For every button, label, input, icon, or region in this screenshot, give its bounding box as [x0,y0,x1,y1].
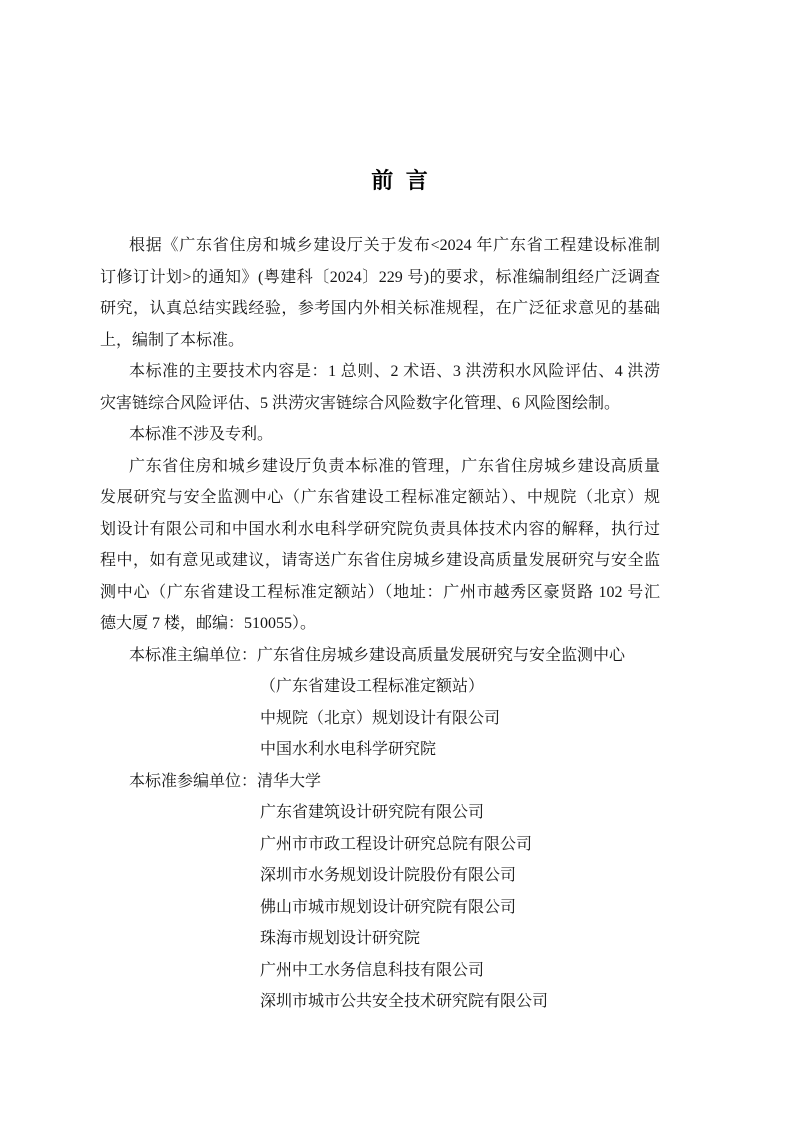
paragraph-line: 发展研究与安全监测中心（广东省建设工程标准定额站）、中规院（北京）规 [100,482,660,514]
paragraph-line: 灾害链综合风险评估、5 洪涝灾害链综合风险数字化管理、6 风险图绘制。 [100,388,660,420]
paragraph-line: 程中，如有意见或建议，请寄送广东省住房城乡建设高质量发展研究与安全监 [100,545,660,577]
document-page: 前 言 根据《广东省住房和城乡建设厅关于发布<2024 年广东省工程建设标准制 … [0,0,800,1132]
participating-unit-line: 广州中工水务信息科技有限公司 [100,955,660,987]
paragraph-line: 德大厦 7 楼，邮编：510055）。 [100,608,660,640]
foreword-body: 根据《广东省住房和城乡建设厅关于发布<2024 年广东省工程建设标准制 订修订计… [100,230,660,1018]
chief-editor-unit-line: 中规院（北京）规划设计有限公司 [100,703,660,735]
participating-unit-line: 珠海市规划设计研究院 [100,923,660,955]
participating-unit-line: 深圳市水务规划设计院股份有限公司 [100,860,660,892]
paragraph-line: 研究，认真总结实践经验，参考国内外相关标准规程，在广泛征求意见的基础 [100,293,660,325]
participating-unit-line: 广州市市政工程设计研究总院有限公司 [100,829,660,861]
paragraph-line: 根据《广东省住房和城乡建设厅关于发布<2024 年广东省工程建设标准制 [100,230,660,262]
paragraph-line: 划设计有限公司和中国水利水电科学研究院负责具体技术内容的解释，执行过 [100,514,660,546]
chief-editor-unit-line: （广东省建设工程标准定额站） [100,671,660,703]
paragraph-line: 广东省住房和城乡建设厅负责本标准的管理，广东省住房城乡建设高质量 [100,451,660,483]
paragraph-line: 本标准的主要技术内容是：1 总则、2 术语、3 洪涝积水风险评估、4 洪涝 [100,356,660,388]
paragraph-line: 订修订计划>的通知》(粤建科〔2024〕229 号)的要求，标准编制组经广泛调查 [100,262,660,294]
paragraph-line: 本标准不涉及专利。 [100,419,660,451]
participating-units-label-line: 本标准参编单位：清华大学 [100,766,660,798]
paragraph-line: 测中心（广东省建设工程标准定额站）（地址：广州市越秀区豪贤路 102 号汇 [100,577,660,609]
chief-editor-units-label-line: 本标准主编单位：广东省住房城乡建设高质量发展研究与安全监测中心 [100,640,660,672]
chief-editor-unit-line: 中国水利水电科学研究院 [100,734,660,766]
participating-unit-line: 深圳市城市公共安全技术研究院有限公司 [100,986,660,1018]
participating-unit-line: 佛山市城市规划设计研究院有限公司 [100,892,660,924]
paragraph-line: 上，编制了本标准。 [100,325,660,357]
page-title: 前 言 [0,168,800,194]
participating-unit-line: 广东省建筑设计研究院有限公司 [100,797,660,829]
